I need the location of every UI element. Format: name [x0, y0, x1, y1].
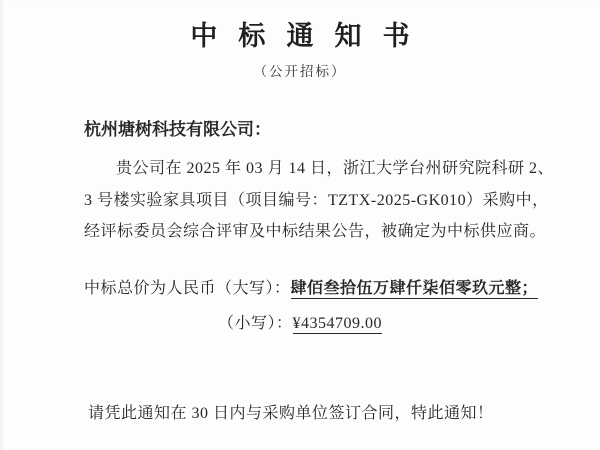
amount-small-value: ¥4354709.00: [293, 315, 383, 334]
closing-line: 请凭此通知在 30 日内与采购单位签订合同，特此通知！: [88, 403, 600, 425]
amount-capital-label: 中标总价为人民币（大写）：: [84, 280, 291, 297]
notice-body: 贵公司在 2025 年 03 月 14 日，浙江大学台州研究院科研 2、 3 号…: [84, 153, 530, 248]
addressee-line: 杭州塘树科技有限公司：: [84, 120, 600, 140]
amount-capital-value: 肆佰叁拾伍万肆仟柒佰零玖元整；: [291, 280, 539, 299]
amount-small-line: （小写）：¥4354709.00: [0, 313, 600, 335]
amount-capital-line: 中标总价为人民币（大写）：肆佰叁拾伍万肆仟柒佰零玖元整；: [84, 278, 600, 300]
body-line: 经评标委员会综合评审及中标结果公告，被确定为中标供应商。: [84, 216, 530, 248]
award-notice-document: 中标通知书 （公开招标） 杭州塘树科技有限公司： 贵公司在 2025 年 03 …: [0, 0, 600, 450]
notice-subtitle: （公开招标）: [0, 64, 600, 80]
body-line: 贵公司在 2025 年 03 月 14 日，浙江大学台州研究院科研 2、: [84, 153, 530, 185]
notice-title: 中标通知书: [0, 0, 600, 52]
body-line: 3 号楼实验家具项目（项目编号：TZTX-2025-GK010）采购中，: [84, 185, 530, 217]
amount-small-label: （小写）：: [218, 315, 293, 332]
